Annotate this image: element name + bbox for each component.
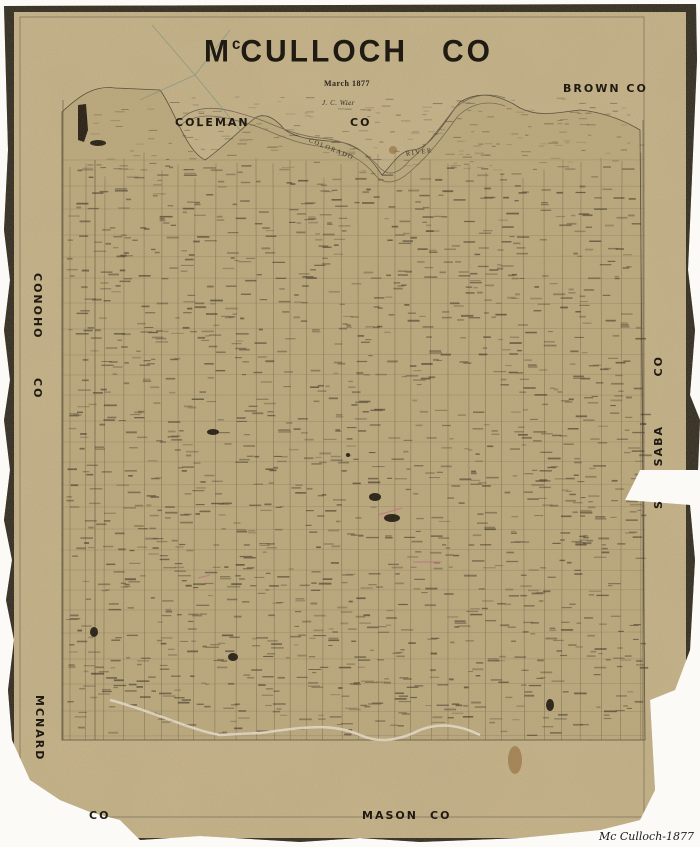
mason-county-label: MASON (362, 810, 418, 821)
menard-county-label: MCNARD (34, 695, 45, 761)
image-caption: Mc Culloch-1877 (599, 830, 694, 843)
coleman-co-label: CO (350, 117, 371, 128)
map-image: McCULLOCH CO March 1877 J. C. Wier COLEM… (0, 0, 700, 847)
surveyor-signature: J. C. Wier (322, 100, 355, 107)
concho-co-label: CO (32, 378, 43, 399)
coleman-county-label: COLEMAN (175, 117, 250, 128)
map-date: March 1877 (324, 80, 370, 88)
san-saba-co-label: CO (653, 355, 664, 376)
map-title: McCULLOCH CO (204, 36, 493, 68)
san-saba-county-label: SABA (653, 425, 664, 466)
menard-co-label: CO (89, 810, 110, 821)
concho-county-label: CONOHO (32, 273, 43, 340)
san-saba-s-label: S (653, 499, 664, 509)
mason-co-label: CO (430, 810, 451, 821)
brown-county-label: BROWN CO (563, 83, 648, 94)
